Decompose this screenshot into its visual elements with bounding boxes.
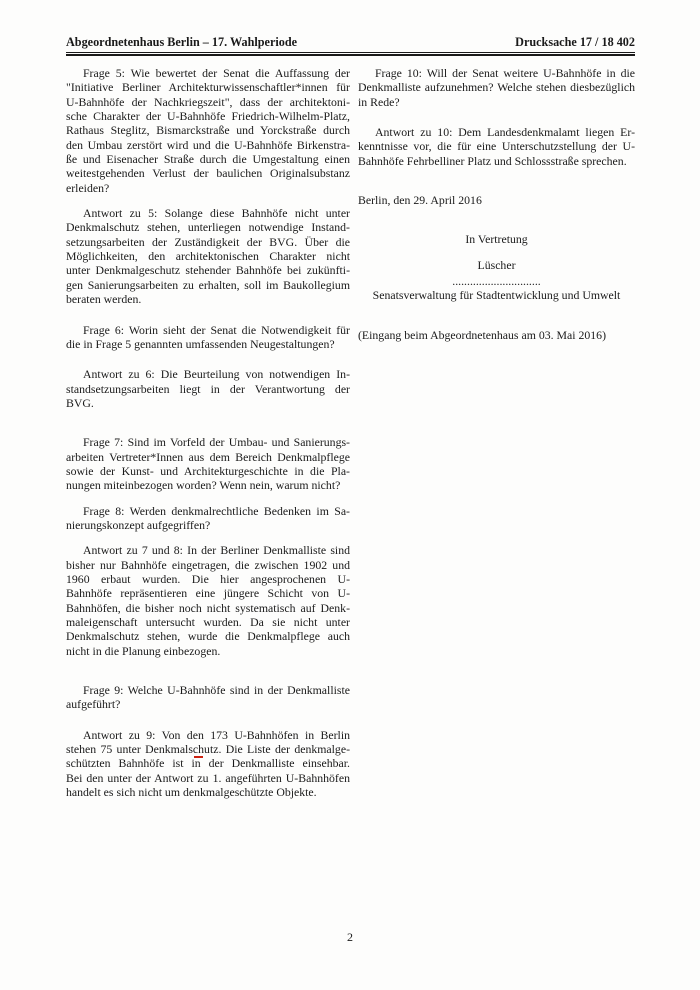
frage-6-line-2: die in Frage 5 genannten umfassenden Neu…	[66, 337, 350, 351]
block-frage-5: Frage 5: Wie bewertet der Senat die Auff…	[66, 66, 350, 195]
block-signature-org: Senatsverwaltung für Stadtentwicklung un…	[358, 288, 635, 302]
red-underline-mark	[194, 756, 203, 758]
frage-5-line-7: ße und Eisenacher Straße durch die Umges…	[66, 152, 350, 166]
frage-7-line-1: Frage 7: Sind im Vorfeld der Umbau- und …	[66, 435, 350, 449]
antwort-zu-5-line-3: setzungsarbeiten der Zuständigkeit der B…	[66, 235, 350, 249]
antwort-zu-9-line-3: schützten Bahnhöfe ist in der Denkmallis…	[66, 756, 350, 770]
antwort-zu-10-line-3: Bahnhöfe Fehrbelliner Platz und Schlosss…	[358, 154, 635, 168]
antwort-zu-6-line-3: BVG.	[66, 396, 350, 410]
antwort-zu-9-line-5: handelt es sich nicht um denkmalgeschütz…	[66, 785, 350, 799]
antwort-zu-10-line-1: Antwort zu 10: Dem Landesdenkmalamt lieg…	[358, 125, 635, 139]
block-frage-8: Frage 8: Werden denkmalrechtliche Bedenk…	[66, 504, 350, 533]
block-antwort-zu-10: Antwort zu 10: Dem Landesdenkmalamt lieg…	[358, 125, 635, 168]
frage-10-line-1: Frage 10: Will der Senat weitere U-Bahnh…	[358, 66, 635, 80]
frage-5-line-5: Rathaus Steglitz, Bismarckstraße und Yor…	[66, 123, 350, 137]
signature-name-line-1: Lüscher	[358, 258, 635, 272]
block-frage-6: Frage 6: Worin sieht der Senat die Notwe…	[66, 323, 350, 352]
frage-8-line-2: nierungskonzept aufgegriffen?	[66, 518, 350, 532]
frage-5-line-4: sche Charakter der U-Bahnhöfe Friedrich-…	[66, 109, 350, 123]
frage-10-line-2: Denkmalliste aufzunehmen? Welche stehen …	[358, 80, 635, 94]
frage-5-line-9: erleiden?	[66, 181, 350, 195]
block-eingang-line: (Eingang beim Abgeordnetenhaus am 03. Ma…	[358, 328, 635, 342]
frage-9-line-1: Frage 9: Welche U-Bahnhöfe sind in der D…	[66, 683, 350, 697]
block-antwort-zu-7-und-8: Antwort zu 7 und 8: In der Berliner Denk…	[66, 543, 350, 658]
antwort-zu-7-und-8-line-1: Antwort zu 7 und 8: In der Berliner Denk…	[66, 543, 350, 557]
frage-5-line-8: weitestgehenden Verlust der baulichen Or…	[66, 166, 350, 180]
block-frage-7: Frage 7: Sind im Vorfeld der Umbau- und …	[66, 435, 350, 492]
antwort-zu-9-line-4: Bei den unter der Antwort zu 1. angeführ…	[66, 771, 350, 785]
frage-7-line-2: arbeiten Vertreter*Innen aus dem Bereich…	[66, 450, 350, 464]
antwort-zu-7-und-8-line-8: nicht in die Planung einbezogen.	[66, 644, 350, 658]
antwort-zu-7-und-8-line-4: Bahnhöfe repräsentieren eine jüngere Sch…	[66, 586, 350, 600]
antwort-zu-7-und-8-line-5: Bahnhöfen, die bisher noch nicht systema…	[66, 601, 350, 615]
antwort-zu-6-line-2: standsetzungsarbeiten liegt in der Veran…	[66, 382, 350, 396]
right-column: Frage 10: Will der Senat weitere U-Bahnh…	[358, 66, 635, 799]
antwort-zu-5-line-2: Denkmalschutz stehen, unterliegen notwen…	[66, 220, 350, 234]
header-double-rule	[66, 52, 635, 56]
frage-7-line-3: sowie der Kunst- und Architekturgeschich…	[66, 464, 350, 478]
eingang-line-line-1: (Eingang beim Abgeordnetenhaus am 03. Ma…	[358, 328, 635, 342]
signature-dots-line-1: ..............................	[358, 274, 635, 288]
antwort-zu-6-line-1: Antwort zu 6: Die Beurteilung von notwen…	[66, 367, 350, 381]
antwort-zu-7-und-8-line-6: maleigenschaft untersucht wurden. Da sie…	[66, 615, 350, 629]
frage-5-line-6: den Umbau zerstört wird und die U-Bahnhö…	[66, 138, 350, 152]
block-signature-dots: ..............................	[358, 274, 635, 288]
page-header: Abgeordnetenhaus Berlin – 17. Wahlperiod…	[66, 36, 635, 49]
frage-7-line-4: nungen miteinbezogen worden? Wenn nein, …	[66, 478, 350, 492]
antwort-zu-7-und-8-line-3: 1960 erbaut wurden. Die hier angesproche…	[66, 572, 350, 586]
block-date-line: Berlin, den 29. April 2016	[358, 193, 635, 207]
block-in-vertretung-line: In Vertretung	[358, 232, 635, 246]
antwort-zu-5-line-4: Möglichkeiten, den architektonischen Cha…	[66, 249, 350, 263]
frage-10-line-3: in Rede?	[358, 95, 635, 109]
frage-5-line-1: Frage 5: Wie bewertet der Senat die Auff…	[66, 66, 350, 80]
frage-5-line-2: "Initiative Berliner Architekturwissensc…	[66, 80, 350, 94]
block-signature-name: Lüscher	[358, 258, 635, 272]
antwort-zu-7-und-8-line-2: bisher nur Bahnhöfe eingetragen, die zwi…	[66, 558, 350, 572]
frage-5-line-3: U-Bahnhöfe der Nachkriegszeit", dass der…	[66, 95, 350, 109]
document-page: Abgeordnetenhaus Berlin – 17. Wahlperiod…	[0, 0, 700, 990]
antwort-zu-5-line-7: beraten werden.	[66, 292, 350, 306]
left-column: Frage 5: Wie bewertet der Senat die Auff…	[66, 66, 350, 799]
antwort-zu-9-line-1: Antwort zu 9: Von den 173 U-Bahnhöfen in…	[66, 728, 350, 742]
antwort-zu-9-line-2: stehen 75 unter Denkmalschutz. Die Liste…	[66, 742, 350, 756]
signature-org-line-1: Senatsverwaltung für Stadtentwicklung un…	[358, 288, 635, 302]
frage-9-line-2: aufgeführt?	[66, 697, 350, 711]
block-antwort-zu-6: Antwort zu 6: Die Beurteilung von notwen…	[66, 367, 350, 410]
frage-8-line-1: Frage 8: Werden denkmalrechtliche Bedenk…	[66, 504, 350, 518]
antwort-zu-5-line-5: unter Denkmalgeschutz stehender Bahnhöfe…	[66, 263, 350, 277]
block-frage-10: Frage 10: Will der Senat weitere U-Bahnh…	[358, 66, 635, 109]
header-right-drucksache: Drucksache 17 / 18 402	[515, 36, 635, 49]
frage-6-line-1: Frage 6: Worin sieht der Senat die Notwe…	[66, 323, 350, 337]
page-number: 2	[0, 930, 700, 944]
antwort-zu-5-line-1: Antwort zu 5: Solange diese Bahnhöfe nic…	[66, 206, 350, 220]
date-line-line-1: Berlin, den 29. April 2016	[358, 193, 635, 207]
block-antwort-zu-9: Antwort zu 9: Von den 173 U-Bahnhöfen in…	[66, 728, 350, 800]
block-antwort-zu-5: Antwort zu 5: Solange diese Bahnhöfe nic…	[66, 206, 350, 306]
in-vertretung-line-line-1: In Vertretung	[358, 232, 635, 246]
antwort-zu-5-line-6: gen Sanierungsarbeiten zu erhalten, soll…	[66, 278, 350, 292]
header-left-title: Abgeordnetenhaus Berlin – 17. Wahlperiod…	[66, 36, 297, 49]
block-frage-9: Frage 9: Welche U-Bahnhöfe sind in der D…	[66, 683, 350, 712]
antwort-zu-7-und-8-line-7: Denkmalschutz stehen, wurde die Denkmalp…	[66, 629, 350, 643]
document-body: Frage 5: Wie bewertet der Senat die Auff…	[66, 66, 635, 799]
antwort-zu-10-line-2: kenntnisse vor, die für eine Unterschutz…	[358, 139, 635, 153]
